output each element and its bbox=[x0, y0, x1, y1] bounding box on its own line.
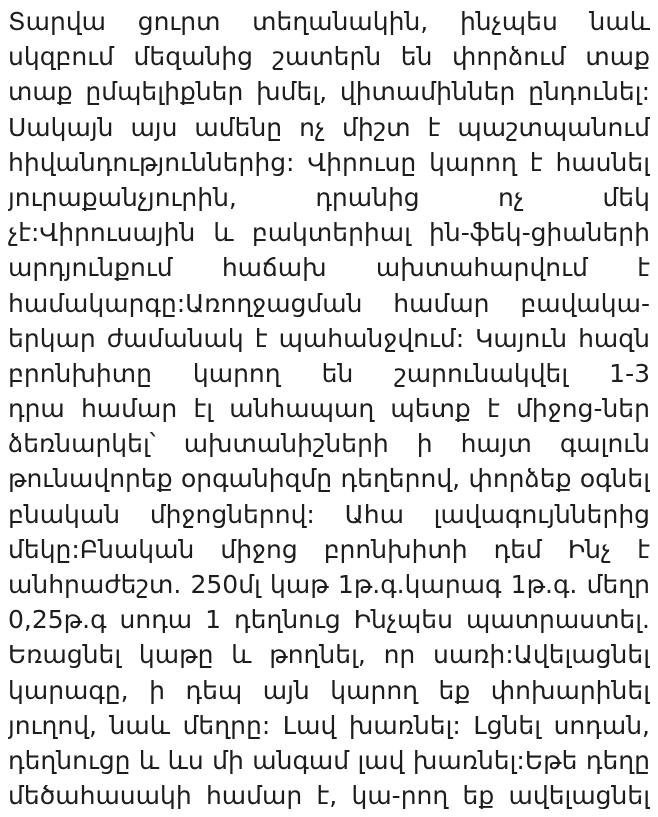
text-line: բնական միջոցներով: Ահա լավագույններից bbox=[8, 497, 650, 532]
text-line: համակարգը:Առողջացման համար բավակա-նին bbox=[8, 286, 650, 321]
text-line: հիվանդություններից: Վիրուսը կարող է հասն… bbox=[8, 145, 650, 180]
text-line: անհրաժեշտ. 250մլ կաթ 1թ.գ.կարագ 1թ.գ. մե… bbox=[8, 567, 650, 602]
text-line: դրա համար էլ անհապաղ պետք է միջոց-ներ bbox=[8, 391, 650, 426]
text-line: չէ:Վիրուսային և բակտերիալ ին-ֆեկ-ցիաների bbox=[8, 215, 650, 250]
text-line: յուրաքանչյուրին, դրանից ոչ մեկ ապահովագր… bbox=[8, 180, 650, 215]
text-line: թունավորեք օրգանիզմը դեղերով, փորձեք օգն… bbox=[8, 461, 650, 496]
text-line: արդյունքում հաճախ ախտահարվում է շնչառակա… bbox=[8, 250, 650, 285]
text-line: սկզբում մեզանից շատերն են փորձում տաք հա… bbox=[8, 39, 650, 74]
text-line: 0,25թ.գ սոդա 1 դեղնուց Ինչպես պատրաստել. bbox=[8, 602, 650, 637]
text-line: կարագը, ի դեպ այն կարող եք փոխարինել կակ… bbox=[8, 673, 650, 708]
text-line: դեղնուցը և ևս մի անգամ լավ խառնել:Եթե դե… bbox=[8, 743, 650, 778]
text-line: բրոնխիտը կարող են շարունակվել 1-3 շաբաթ:… bbox=[8, 356, 650, 391]
text-line: Եռացնել կաթը և թողնել, որ սառի:Ավելացնել bbox=[8, 637, 650, 672]
text-line: յուղով, նաև մեղրը: Լավ խառնել: Լցնել սոդ… bbox=[8, 708, 650, 743]
text-line: մեկը:Բնական միջոց բրոնխիտի դեմ Ինչ է bbox=[8, 532, 650, 567]
article-text: Տարվա ցուրտ տեղանակին, ինչպես նաև գարնան… bbox=[8, 4, 650, 813]
text-line: տաք ըմպելիքներ խմել, վիտամիններ ընդունել… bbox=[8, 74, 650, 109]
text-line: երկար ժամանակ է պահանջվում: Կայուն հազն … bbox=[8, 321, 650, 356]
text-line: մեծահասակի համար է, կա-րող եք ավելացնել … bbox=[8, 778, 650, 813]
text-line: Տարվա ցուրտ տեղանակին, ինչպես նաև գարնան bbox=[8, 4, 650, 39]
text-line: Սակայն այս ամենը ոչ միշտ է պաշտպանում bbox=[8, 110, 650, 145]
document-page: Տարվա ցուրտ տեղանակին, ինչպես նաև գարնան… bbox=[0, 0, 658, 817]
text-line: ձեռնարկել՝ ախտանիշների ի հայտ գալուն պես… bbox=[8, 426, 650, 461]
